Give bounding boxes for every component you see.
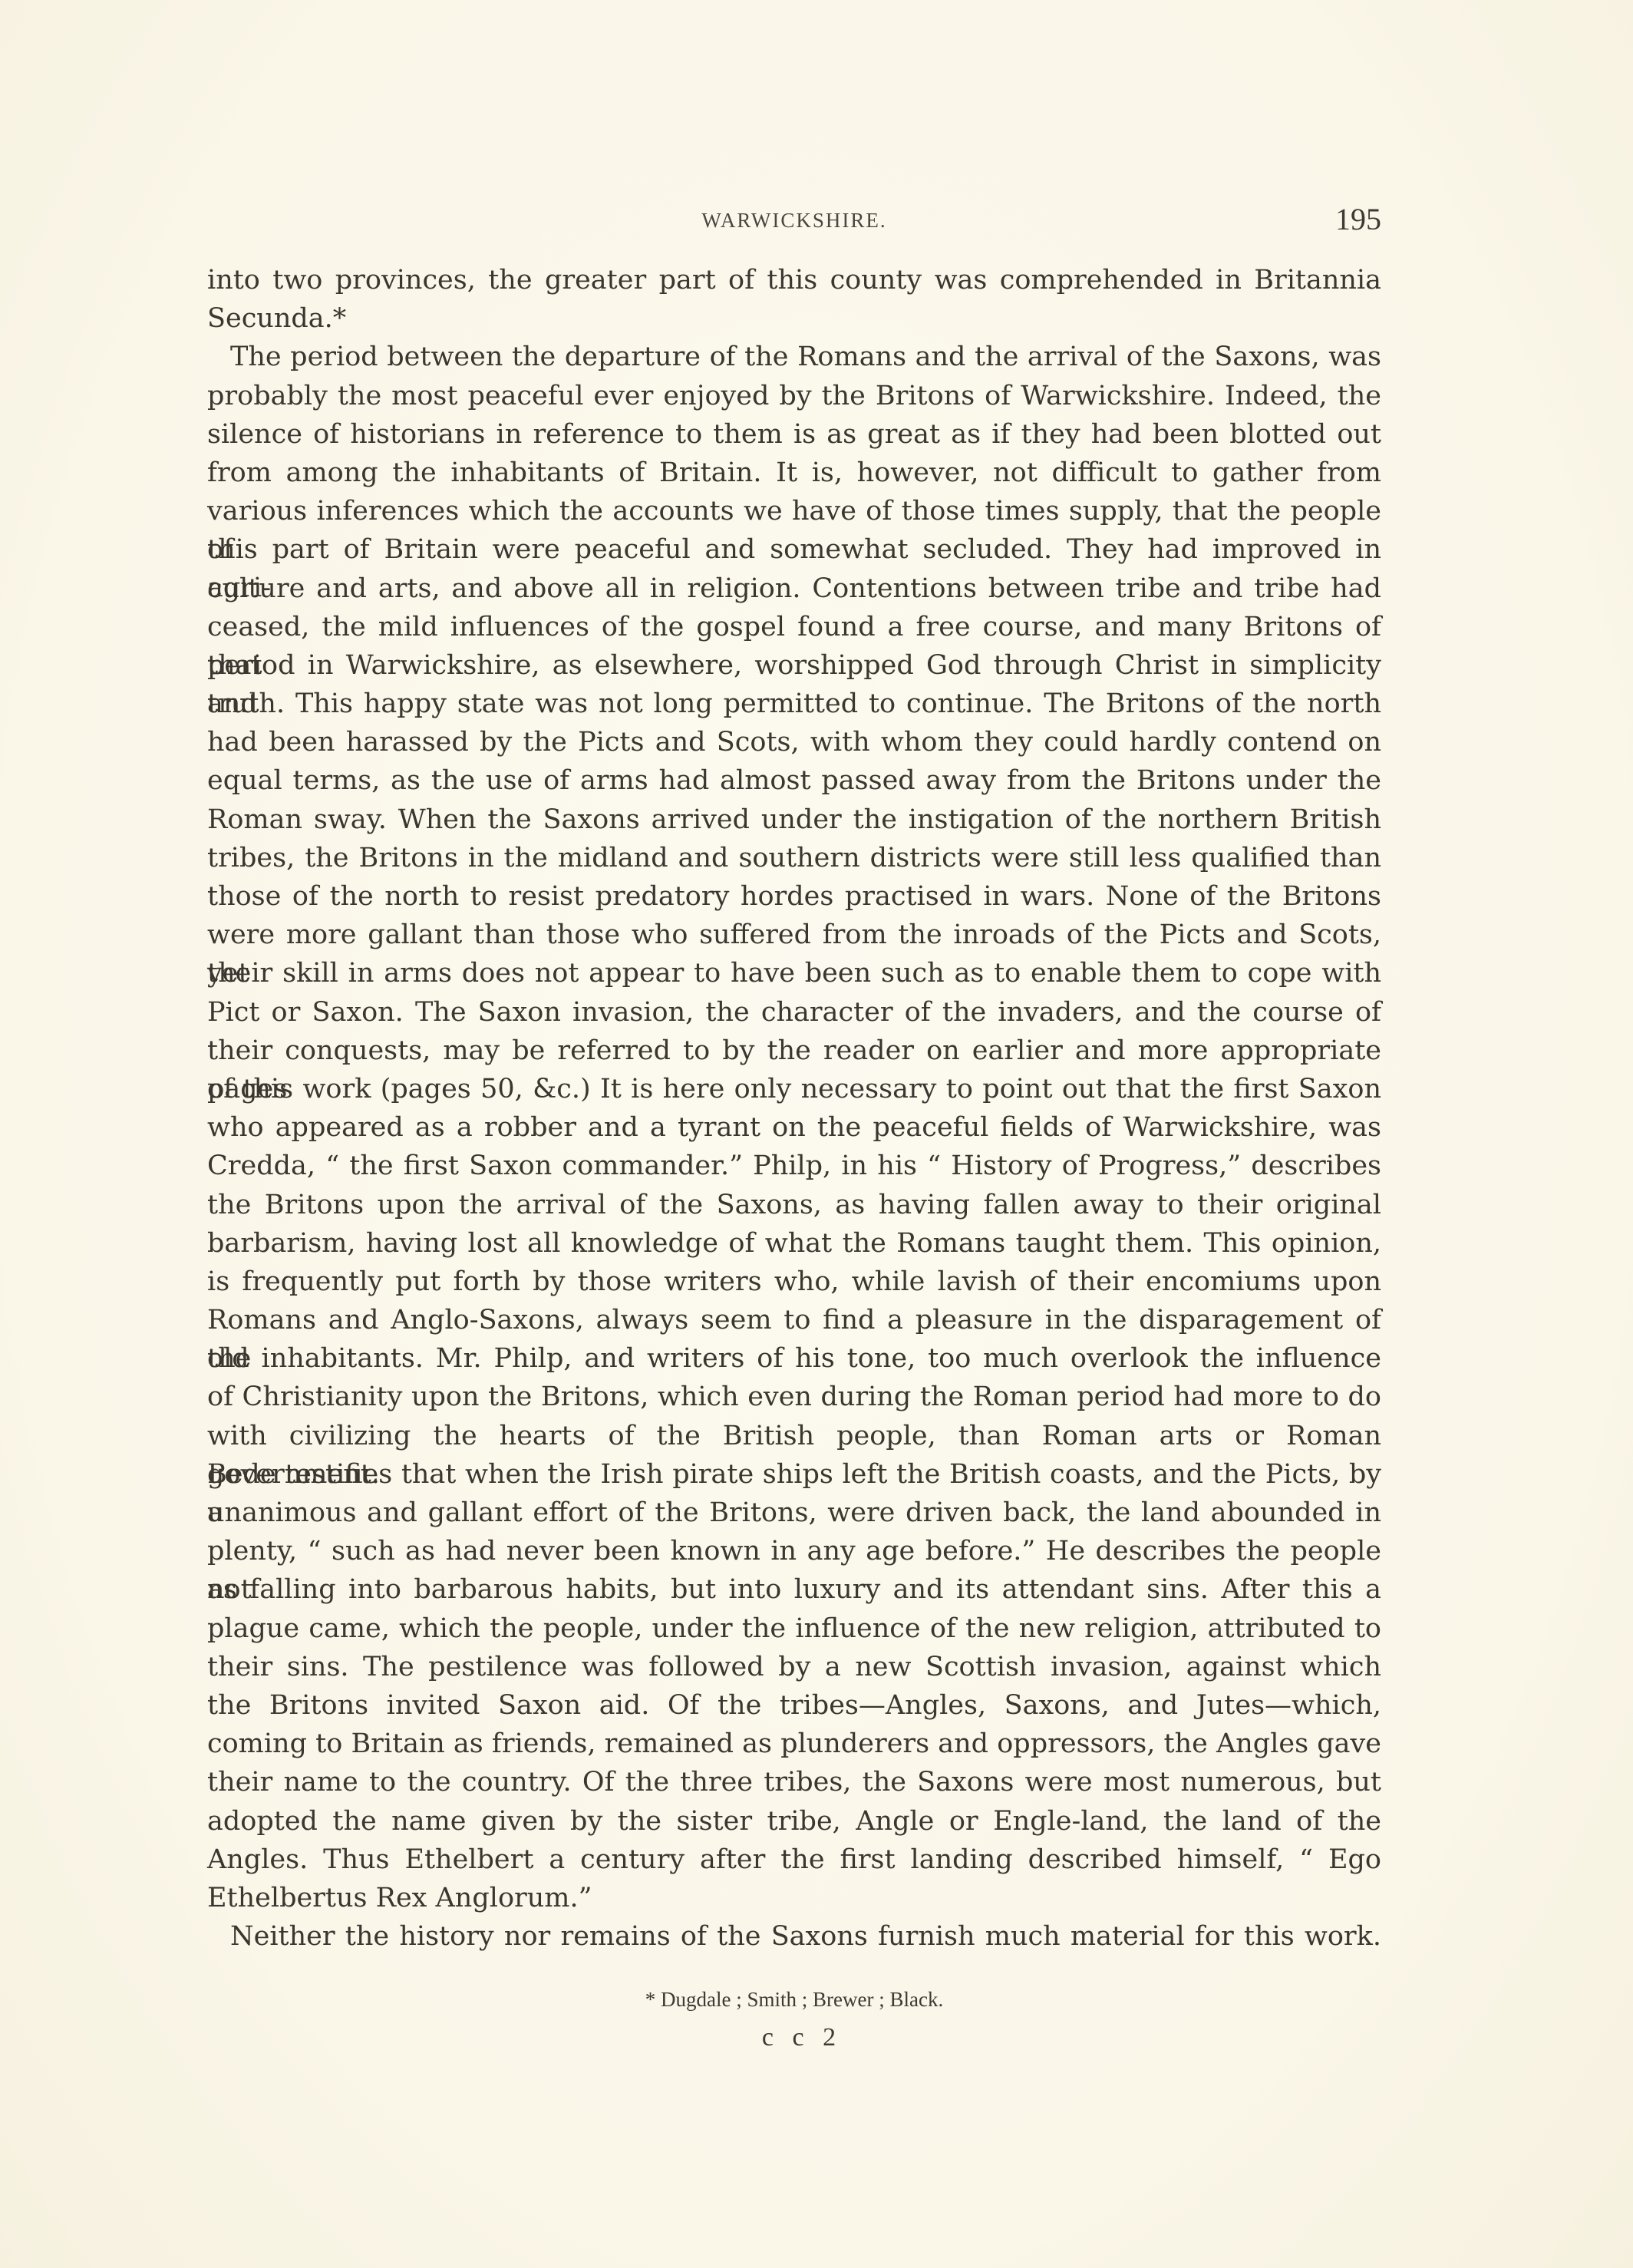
text-line: plague came, which the people, under the…: [207, 1609, 1381, 1648]
text-line: had been harassed by the Picts and Scots…: [207, 723, 1381, 761]
text-line: coming to Britain as friends, remained a…: [207, 1725, 1381, 1763]
text-line-content: barbarism, having lost all knowledge of …: [207, 1224, 1381, 1263]
text-line: Neither the history nor remains of the S…: [207, 1917, 1381, 1956]
running-header: WARWICKSHIRE. 195: [207, 206, 1381, 244]
text-line: Secunda.*: [207, 299, 1381, 338]
text-line: Romans and Anglo-Saxons, always seem to …: [207, 1301, 1381, 1339]
text-line-content: equal terms, as the use of arms had almo…: [207, 761, 1381, 800]
text-line-content: Ethelbertus Rex Anglorum.”: [207, 1879, 1381, 1917]
text-line-content: of this work (pages 50, &c.) It is here …: [207, 1070, 1381, 1108]
text-line: this part of Britain were peaceful and s…: [207, 530, 1381, 569]
text-line: those of the north to resist predatory h…: [207, 877, 1381, 916]
page-number: 195: [1335, 201, 1381, 237]
text-line-content: had been harassed by the Picts and Scots…: [207, 723, 1381, 761]
text-line-content: their skill in arms does not appear to h…: [207, 954, 1381, 992]
text-line: unanimous and gallant effort of the Brit…: [207, 1494, 1381, 1532]
text-line-content: is frequently put forth by those writers…: [207, 1263, 1381, 1301]
text-line: Credda, “ the first Saxon commander.” Ph…: [207, 1147, 1381, 1185]
text-line: silence of historians in reference to th…: [207, 415, 1381, 454]
text-line-content: The period between the departure of the …: [207, 338, 1381, 376]
text-line: the Britons upon the arrival of the Saxo…: [207, 1186, 1381, 1224]
text-line: barbarism, having lost all knowledge of …: [207, 1224, 1381, 1263]
text-line: tribes, the Britons in the midland and s…: [207, 839, 1381, 877]
text-line: The period between the departure of the …: [207, 338, 1381, 376]
text-line-content: from among the inhabitants of Britain. I…: [207, 454, 1381, 492]
text-line: their sins. The pestilence was followed …: [207, 1648, 1381, 1686]
text-line-content: Neither the history nor remains of the S…: [207, 1917, 1381, 1956]
text-line-content: their name to the country. Of the three …: [207, 1763, 1381, 1801]
signature-mark: c c 2: [207, 2023, 1389, 2052]
text-line-content: unanimous and gallant effort of the Brit…: [207, 1494, 1381, 1532]
text-line-content: culture and arts, and above all in relig…: [207, 569, 1381, 608]
text-line: the Britons invited Saxon aid. Of the tr…: [207, 1686, 1381, 1725]
text-line: Ethelbertus Rex Anglorum.”: [207, 1879, 1381, 1917]
text-line: Pict or Saxon. The Saxon invasion, the c…: [207, 993, 1381, 1032]
text-line: Bede testifies that when the Irish pirat…: [207, 1455, 1381, 1494]
text-line-content: Angles. Thus Ethelbert a century after t…: [207, 1840, 1381, 1879]
text-line-content: into two provinces, the greater part of …: [207, 261, 1381, 299]
running-title: WARWICKSHIRE.: [207, 209, 1381, 233]
text-line: Roman sway. When the Saxons arrived unde…: [207, 801, 1381, 839]
text-line: adopted the name given by the sister tri…: [207, 1802, 1381, 1840]
text-line: truth. This happy state was not long per…: [207, 685, 1381, 723]
text-line: their name to the country. Of the three …: [207, 1763, 1381, 1801]
text-line-content: the Britons upon the arrival of the Saxo…: [207, 1186, 1381, 1224]
text-line: period in Warwickshire, as elsewhere, wo…: [207, 646, 1381, 685]
text-line: Angles. Thus Ethelbert a century after t…: [207, 1840, 1381, 1879]
text-line: various inferences which the accounts we…: [207, 492, 1381, 530]
text-line-content: Roman sway. When the Saxons arrived unde…: [207, 801, 1381, 839]
text-line-content: silence of historians in reference to th…: [207, 415, 1381, 454]
text-line-content: their sins. The pestilence was followed …: [207, 1648, 1381, 1686]
text-line: equal terms, as the use of arms had almo…: [207, 761, 1381, 800]
text-line-content: truth. This happy state was not long per…: [207, 685, 1381, 723]
text-line-content: tribes, the Britons in the midland and s…: [207, 839, 1381, 877]
text-line: is frequently put forth by those writers…: [207, 1263, 1381, 1301]
text-line-content: who appeared as a robber and a tyrant on…: [207, 1108, 1381, 1147]
text-line: ceased, the mild influences of the gospe…: [207, 608, 1381, 646]
text-line-content: of Christianity upon the Britons, which …: [207, 1378, 1381, 1416]
text-line-content: Secunda.*: [207, 299, 1381, 338]
text-line: their conquests, may be referred to by t…: [207, 1032, 1381, 1070]
text-line: as falling into barbarous habits, but in…: [207, 1570, 1381, 1609]
text-line: who appeared as a robber and a tyrant on…: [207, 1108, 1381, 1147]
text-line: plenty, “ such as had never been known i…: [207, 1532, 1381, 1570]
text-line: old inhabitants. Mr. Philp, and writers …: [207, 1339, 1381, 1378]
text-line: probably the most peaceful ever enjoyed …: [207, 377, 1381, 415]
text-line-content: coming to Britain as friends, remained a…: [207, 1725, 1381, 1763]
text-line-content: those of the north to resist predatory h…: [207, 877, 1381, 916]
text-line-content: as falling into barbarous habits, but in…: [207, 1570, 1381, 1609]
text-line: with civilizing the hearts of the Britis…: [207, 1417, 1381, 1455]
text-line: into two provinces, the greater part of …: [207, 261, 1381, 299]
text-line: from among the inhabitants of Britain. I…: [207, 454, 1381, 492]
text-line-content: plague came, which the people, under the…: [207, 1609, 1381, 1648]
text-line-content: Credda, “ the first Saxon commander.” Ph…: [207, 1147, 1381, 1185]
text-line-content: probably the most peaceful ever enjoyed …: [207, 377, 1381, 415]
text-line-content: the Britons invited Saxon aid. Of the tr…: [207, 1686, 1381, 1725]
text-line: were more gallant than those who suffere…: [207, 916, 1381, 954]
text-line: culture and arts, and above all in relig…: [207, 569, 1381, 608]
book-page: WARWICKSHIRE. 195 into two provinces, th…: [0, 0, 1633, 2268]
text-line-content: adopted the name given by the sister tri…: [207, 1802, 1381, 1840]
text-line-content: Pict or Saxon. The Saxon invasion, the c…: [207, 993, 1381, 1032]
text-line: of this work (pages 50, &c.) It is here …: [207, 1070, 1381, 1108]
text-line-content: old inhabitants. Mr. Philp, and writers …: [207, 1339, 1381, 1378]
text-line: their skill in arms does not appear to h…: [207, 954, 1381, 992]
text-line: of Christianity upon the Britons, which …: [207, 1378, 1381, 1416]
body-text: into two provinces, the greater part of …: [207, 261, 1381, 1956]
footnote: * Dugdale ; Smith ; Brewer ; Black.: [207, 1988, 1381, 2012]
